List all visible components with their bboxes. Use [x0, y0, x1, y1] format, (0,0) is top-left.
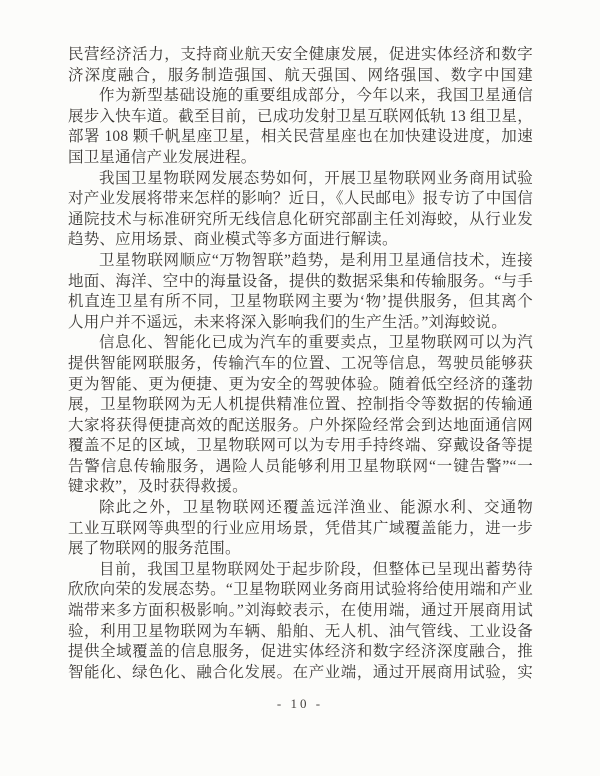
text-line: 工业互联网等典型的行业应用场景，凭借其广域覆盖能力，进一步拓 — [68, 519, 533, 540]
text-line: 告警信息传输服务，遇险人员能够利用卫星物联网“一键告警”“一 — [68, 457, 533, 478]
text-line: 对产业发展将带来怎样的影响？近日，《人民邮电》报专访了中国信 — [68, 189, 533, 210]
text-line: 展了物联网的服务范围。 — [68, 539, 533, 560]
text-line: 验，利用卫星物联网为车辆、船舶、无人机、油气管线、工业设备等 — [68, 622, 533, 643]
text-line: 提供智能网联服务，传输汽车的位置、工况等信息，驾驶员能够获得 — [68, 354, 533, 375]
text-line: 国卫星通信产业发展进程。 — [68, 148, 533, 169]
text-line: 除此之外，卫星物联网还覆盖远洋渔业、能源水利、交通物流、 — [68, 498, 533, 519]
text-line: 大家将获得便捷高效的配送服务。户外探险经常会到达地面通信网络 — [68, 416, 533, 437]
text-line: 端带来多方面积极影响。”刘海蛟表示，在使用端，通过开展商用试 — [68, 601, 533, 622]
text-line: 地面、海洋、空中的海量设备，提供的数据采集和传输服务。“与手 — [68, 272, 533, 293]
text-line: 键求救”，及时获得救援。 — [68, 477, 533, 498]
text-line: 我国卫星物联网发展态势如何，开展卫星物联网业务商用试验将 — [68, 169, 533, 190]
text-line: 智能化、绿色化、融合化发展。在产业端，通过开展商用试验，实现 — [68, 663, 533, 684]
text-line: 部署 108 颗千帆星座卫星，相关民营星座也在加快建设进度，加速我 — [68, 127, 533, 148]
text-line: 济深度融合，服务制造强国、航天强国、网络强国、数字中国建设。 — [68, 66, 533, 87]
text-line: 通院技术与标准研究所无线信息化研究部副主任刘海蛟，从行业发展 — [68, 210, 533, 231]
text-line: 展，卫星物联网为无人机提供精准位置、控制指令等数据的传输通道， — [68, 395, 533, 416]
text-line: 提供全域覆盖的信息服务，促进实体经济和数字经济深度融合，推动 — [68, 642, 533, 663]
page-number: - 10 - — [0, 696, 600, 712]
text-line: 民营经济活力，支持商业航天安全健康发展，促进实体经济和数字经 — [68, 45, 533, 66]
text-line: 目前，我国卫星物联网处于起步阶段，但整体已呈现出蓄势待发、 — [68, 560, 533, 581]
text-line: 卫星物联网顺应“万物智联”趋势，是利用卫星通信技术，连接 — [68, 251, 533, 272]
document-page: 民营经济活力，支持商业航天安全健康发展，促进实体经济和数字经济深度融合，服务制造… — [0, 0, 600, 776]
text-line: 欣欣向荣的发展态势。“卫星物联网业务商用试验将给使用端和产业 — [68, 580, 533, 601]
text-line: 更为智能、更为便捷、更为安全的驾驶体验。随着低空经济的蓬勃发 — [68, 375, 533, 396]
text-line: 作为新型基础设施的重要组成部分，今年以来，我国卫星通信发 — [68, 86, 533, 107]
text-line: 覆盖不足的区域，卫星物联网可以为专用手持终端、穿戴设备等提供 — [68, 436, 533, 457]
text-line: 人用户并不遥远，未来将深入影响我们的生产生活。”刘海蛟说。 — [68, 313, 533, 334]
text-line: 展步入快车道。截至目前，已成功发射卫星互联网低轨 13 组卫星， — [68, 107, 533, 128]
document-body: 民营经济活力，支持商业航天安全健康发展，促进实体经济和数字经济深度融合，服务制造… — [68, 45, 533, 683]
text-line: 机直连卫星有所不同，卫星物联网主要为‘物’提供服务，但其离个 — [68, 292, 533, 313]
text-line: 趋势、应用场景、商业模式等多方面进行解读。 — [68, 230, 533, 251]
text-line: 信息化、智能化已成为汽车的重要卖点，卫星物联网可以为汽车 — [68, 333, 533, 354]
